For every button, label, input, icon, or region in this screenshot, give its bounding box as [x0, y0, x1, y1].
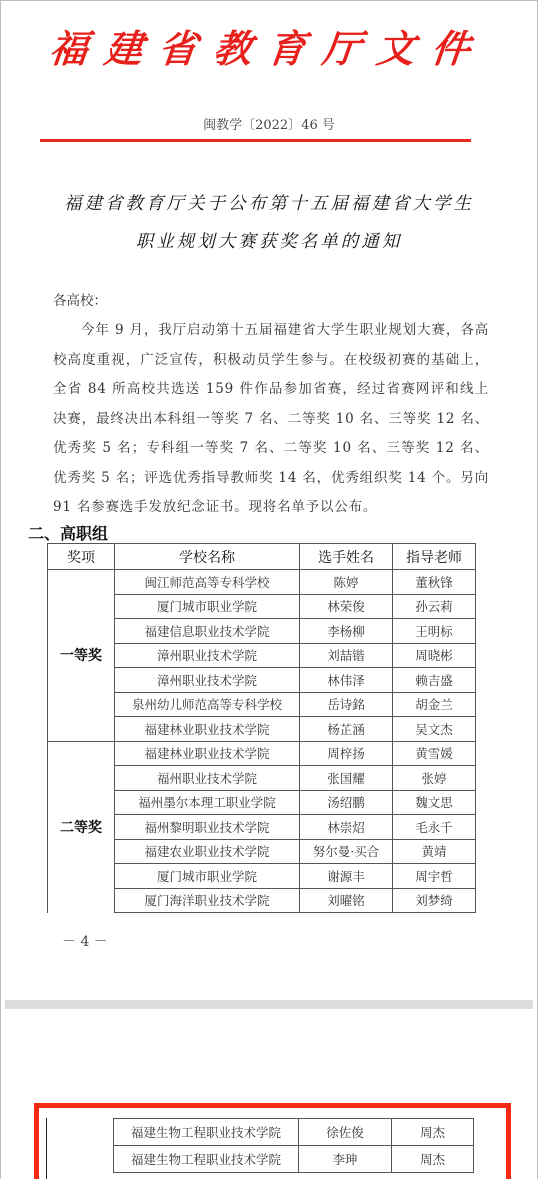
advisor-cell: 张婷 — [393, 766, 476, 791]
header-char: 育 — [265, 18, 309, 73]
header-divider — [40, 139, 471, 142]
school-cell: 福州墨尔本理工职业学院 — [115, 790, 300, 815]
document-header-title: 福 建 省 教 育 厅 文 件 — [50, 18, 470, 73]
notice-title-line2: 职业规划大赛获奖名单的通知 — [0, 228, 538, 253]
school-cell: 福州职业技术学院 — [115, 766, 300, 791]
column-header-advisor: 指导老师 — [393, 544, 476, 570]
school-cell: 福建农业职业技术学院 — [115, 839, 300, 864]
header-char: 厅 — [320, 18, 364, 73]
student-cell: 李珅 — [299, 1146, 392, 1173]
school-cell: 漳州职业技术学院 — [115, 668, 300, 693]
column-header-school: 学校名称 — [115, 544, 300, 570]
advisor-cell: 黄雪媛 — [393, 741, 476, 766]
header-char: 福 — [47, 18, 91, 73]
school-cell: 泉州幼儿师范高等专科学校 — [115, 692, 300, 717]
advisor-cell: 王明标 — [393, 619, 476, 644]
student-cell: 谢源丰 — [300, 864, 393, 889]
student-cell: 刘曜铭 — [300, 888, 393, 913]
page-number: － 4 － — [62, 931, 108, 951]
column-header-student: 选手姓名 — [300, 544, 393, 570]
school-cell: 厦门城市职业学院 — [115, 864, 300, 889]
advisor-cell: 魏文思 — [393, 790, 476, 815]
advisor-cell: 周晓彬 — [393, 643, 476, 668]
student-cell: 汤绍鹏 — [300, 790, 393, 815]
advisor-cell: 周杰 — [392, 1119, 474, 1146]
header-char: 件 — [429, 18, 473, 73]
notice-title-line1: 福建省教育厅关于公布第十五届福建省大学生 — [0, 190, 538, 215]
awards-table: 奖项 学校名称 选手姓名 指导老师 一等奖 闽江师范高等专科学校 陈婷 董秋锋 … — [47, 543, 476, 913]
table-row: 福建生物工程职业技术学院 李珅 周杰 — [114, 1146, 474, 1173]
school-cell: 福建生物工程职业技术学院 — [114, 1119, 299, 1146]
advisor-cell: 毛永千 — [393, 815, 476, 840]
student-cell: 李杨柳 — [300, 619, 393, 644]
student-cell: 林崇炤 — [300, 815, 393, 840]
school-cell: 福建林业职业技术学院 — [115, 741, 300, 766]
awards-table-continued: 福建生物工程职业技术学院 徐佐俊 周杰 福建生物工程职业技术学院 李珅 周杰 — [113, 1118, 474, 1173]
school-cell: 福建生物工程职业技术学院 — [114, 1146, 299, 1173]
table-left-border — [46, 1118, 47, 1179]
award-cell-second-prize: 二等奖 — [48, 741, 115, 913]
student-cell: 刘喆锴 — [300, 643, 393, 668]
salutation: 各高校： — [53, 289, 107, 309]
advisor-cell: 黄靖 — [393, 839, 476, 864]
student-cell: 徐佐俊 — [299, 1119, 392, 1146]
student-cell: 林荣俊 — [300, 594, 393, 619]
school-cell: 福建信息职业技术学院 — [115, 619, 300, 644]
student-cell: 陈婷 — [300, 570, 393, 595]
student-cell: 林伟泽 — [300, 668, 393, 693]
award-cell-first-prize: 一等奖 — [48, 570, 115, 742]
student-cell: 努尔曼·买合 — [300, 839, 393, 864]
advisor-cell: 孙云莉 — [393, 594, 476, 619]
table-header-row: 奖项 学校名称 选手姓名 指导老师 — [48, 544, 476, 570]
school-cell: 厦门城市职业学院 — [115, 594, 300, 619]
section-heading: 二、高职组 — [28, 521, 108, 544]
student-cell: 岳诗銘 — [300, 692, 393, 717]
school-cell: 闽江师范高等专科学校 — [115, 570, 300, 595]
header-char: 文 — [374, 18, 418, 73]
header-char: 建 — [102, 18, 146, 73]
advisor-cell: 周杰 — [392, 1146, 474, 1173]
school-cell: 福州黎明职业技术学院 — [115, 815, 300, 840]
table-row: 福建生物工程职业技术学院 徐佐俊 周杰 — [114, 1119, 474, 1146]
school-cell: 福建林业职业技术学院 — [115, 717, 300, 742]
advisor-cell: 刘梦绮 — [393, 888, 476, 913]
advisor-cell: 胡金兰 — [393, 692, 476, 717]
notice-body: 今年 9 月，我厅启动第十五届福建省大学生职业规划大赛，各高校高度重视，广泛宣传… — [53, 316, 489, 523]
header-char: 省 — [156, 18, 200, 73]
school-cell: 漳州职业技术学院 — [115, 643, 300, 668]
column-header-award: 奖项 — [48, 544, 115, 570]
student-cell: 杨芷涵 — [300, 717, 393, 742]
school-cell: 厦门海洋职业技术学院 — [115, 888, 300, 913]
student-cell: 张国耀 — [300, 766, 393, 791]
advisor-cell: 董秋锋 — [393, 570, 476, 595]
header-char: 教 — [211, 18, 255, 73]
advisor-cell: 赖吉盛 — [393, 668, 476, 693]
table-row: 二等奖 福建林业职业技术学院 周梓扬 黄雪媛 — [48, 741, 476, 766]
advisor-cell: 周宇哲 — [393, 864, 476, 889]
document-number: 闽教学〔2022〕46 号 — [0, 114, 538, 133]
student-cell: 周梓扬 — [300, 741, 393, 766]
page-separator — [5, 1000, 533, 1009]
table-row: 一等奖 闽江师范高等专科学校 陈婷 董秋锋 — [48, 570, 476, 595]
advisor-cell: 吴文杰 — [393, 717, 476, 742]
